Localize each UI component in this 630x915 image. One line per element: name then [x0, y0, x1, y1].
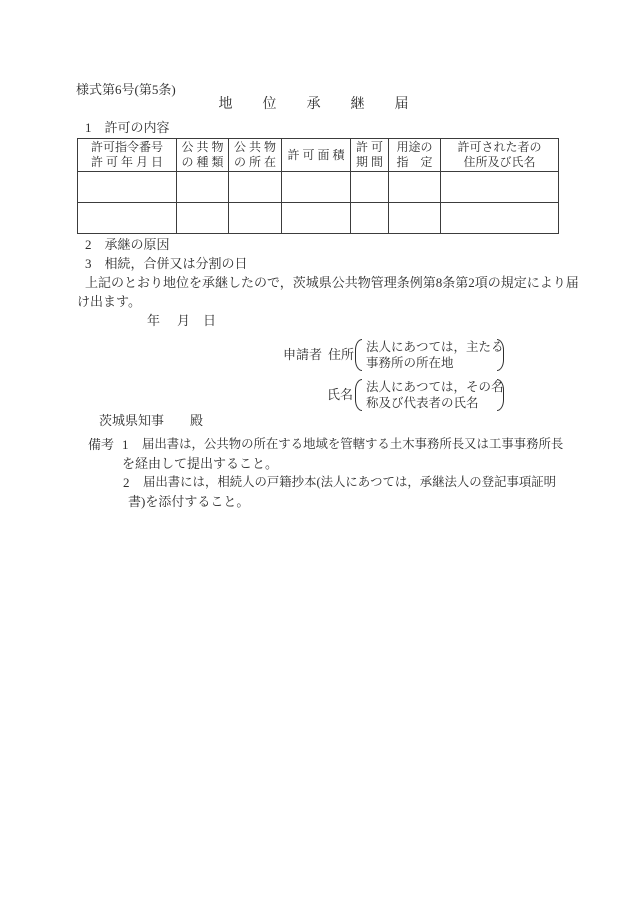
date-year-label: 年: [147, 314, 160, 327]
table-cell: [282, 203, 351, 234]
right-brace: [497, 379, 504, 411]
header-line: 用途の: [396, 140, 432, 154]
table-cell: [78, 172, 177, 203]
addressee-name: 茨城県知事: [99, 414, 164, 427]
table-cell: [78, 203, 177, 234]
remarks-item2-line1: 届出書には，相続人の戸籍抄本(法人にあつては，承継法人の登記事項証明: [143, 476, 556, 488]
section-heading-permit-contents: 1 許可の内容: [85, 121, 170, 134]
applicant-name-note-line2: 称及び代表者の氏名: [366, 397, 479, 410]
header-line: 許 可 面 積: [287, 148, 344, 162]
section-heading-succession-cause: 2 承継の原因: [85, 238, 170, 251]
col-header-permit-area: 許 可 面 積: [282, 139, 351, 172]
table-cell: [177, 172, 229, 203]
table-header-row: 許可指令番号許 可 年 月 日 公 共 物の 種 類 公 共 物の 所 在 許 …: [78, 139, 559, 172]
header-line: の 所 在: [234, 155, 276, 169]
table-cell: [177, 203, 229, 234]
remarks-item1-number: 1: [122, 438, 129, 451]
table-cell: [441, 203, 559, 234]
header-line: 公 共 物: [181, 140, 223, 154]
left-brace: [355, 339, 362, 371]
date-day-label: 日: [203, 314, 216, 327]
table-row: [78, 172, 559, 203]
remarks-item2-number: 2: [123, 476, 130, 489]
table-cell: [351, 203, 389, 234]
table-cell: [282, 172, 351, 203]
addressee-honorific: 殿: [190, 414, 203, 427]
table-cell: [229, 203, 282, 234]
col-header-public-property-location: 公 共 物の 所 在: [229, 139, 282, 172]
applicant-name-note-line1: 法人にあつては，その名: [366, 381, 504, 394]
permit-contents-table: 許可指令番号許 可 年 月 日 公 共 物の 種 類 公 共 物の 所 在 許 …: [77, 138, 559, 234]
col-header-public-property-type: 公 共 物の 種 類: [177, 139, 229, 172]
header-line: 住所及び氏名: [463, 155, 535, 169]
table-cell: [389, 172, 441, 203]
header-line: 公 共 物: [234, 140, 276, 154]
col-header-use-designation: 用途の指 定: [389, 139, 441, 172]
applicant-address-label: 住所: [328, 348, 354, 361]
table-cell: [351, 172, 389, 203]
table-row: [78, 203, 559, 234]
header-line: の 種 類: [181, 155, 223, 169]
col-header-permittee-address-name: 許可された者の住所及び氏名: [441, 139, 559, 172]
applicant-name-label: 氏名: [327, 388, 353, 401]
document-page: 様式第6号(第5条) 地 位 承 継 届 1 許可の内容 許可指令番号許 可 年…: [0, 0, 630, 915]
col-header-permit-number: 許可指令番号許 可 年 月 日: [78, 139, 177, 172]
table-cell: [441, 172, 559, 203]
document-title: 地 位 承 継 届: [77, 98, 558, 112]
body-text-line1: 上記のとおり地位を承継したので，茨城県公共物管理条例第8条第2項の規定により届: [85, 276, 579, 289]
remarks-item2-line2: 書)を添付すること。: [128, 495, 249, 508]
applicant-address-note-line2: 事務所の所在地: [366, 357, 454, 370]
table-cell: [229, 172, 282, 203]
header-line: 許 可: [356, 140, 383, 154]
col-header-permit-period: 許 可期 間: [351, 139, 389, 172]
applicant-address-note-line1: 法人にあつては，主たる: [366, 341, 504, 354]
left-brace: [355, 379, 362, 411]
remarks-item1-line2: を経由して提出すること。: [122, 457, 278, 470]
right-brace: [497, 339, 504, 371]
section-heading-split-date: 3 相続，合併又は分割の日: [85, 257, 248, 270]
header-line: 期 間: [356, 155, 383, 169]
body-text-line2: け出ます。: [77, 295, 141, 308]
header-line: 許可された者の: [457, 140, 541, 154]
header-line: 許可指令番号: [91, 140, 163, 154]
table-cell: [389, 203, 441, 234]
remarks-label: 備考: [88, 438, 114, 451]
date-month-label: 月: [177, 314, 190, 327]
form-number: 様式第6号(第5条): [76, 83, 176, 96]
applicant-label: 申請者: [283, 348, 322, 361]
header-line: 指 定: [396, 155, 432, 169]
remarks-item1-line1: 届出書は，公共物の所在する地域を管轄する土木事務所長又は工事事務所長: [142, 438, 563, 450]
header-line: 許 可 年 月 日: [91, 155, 163, 169]
